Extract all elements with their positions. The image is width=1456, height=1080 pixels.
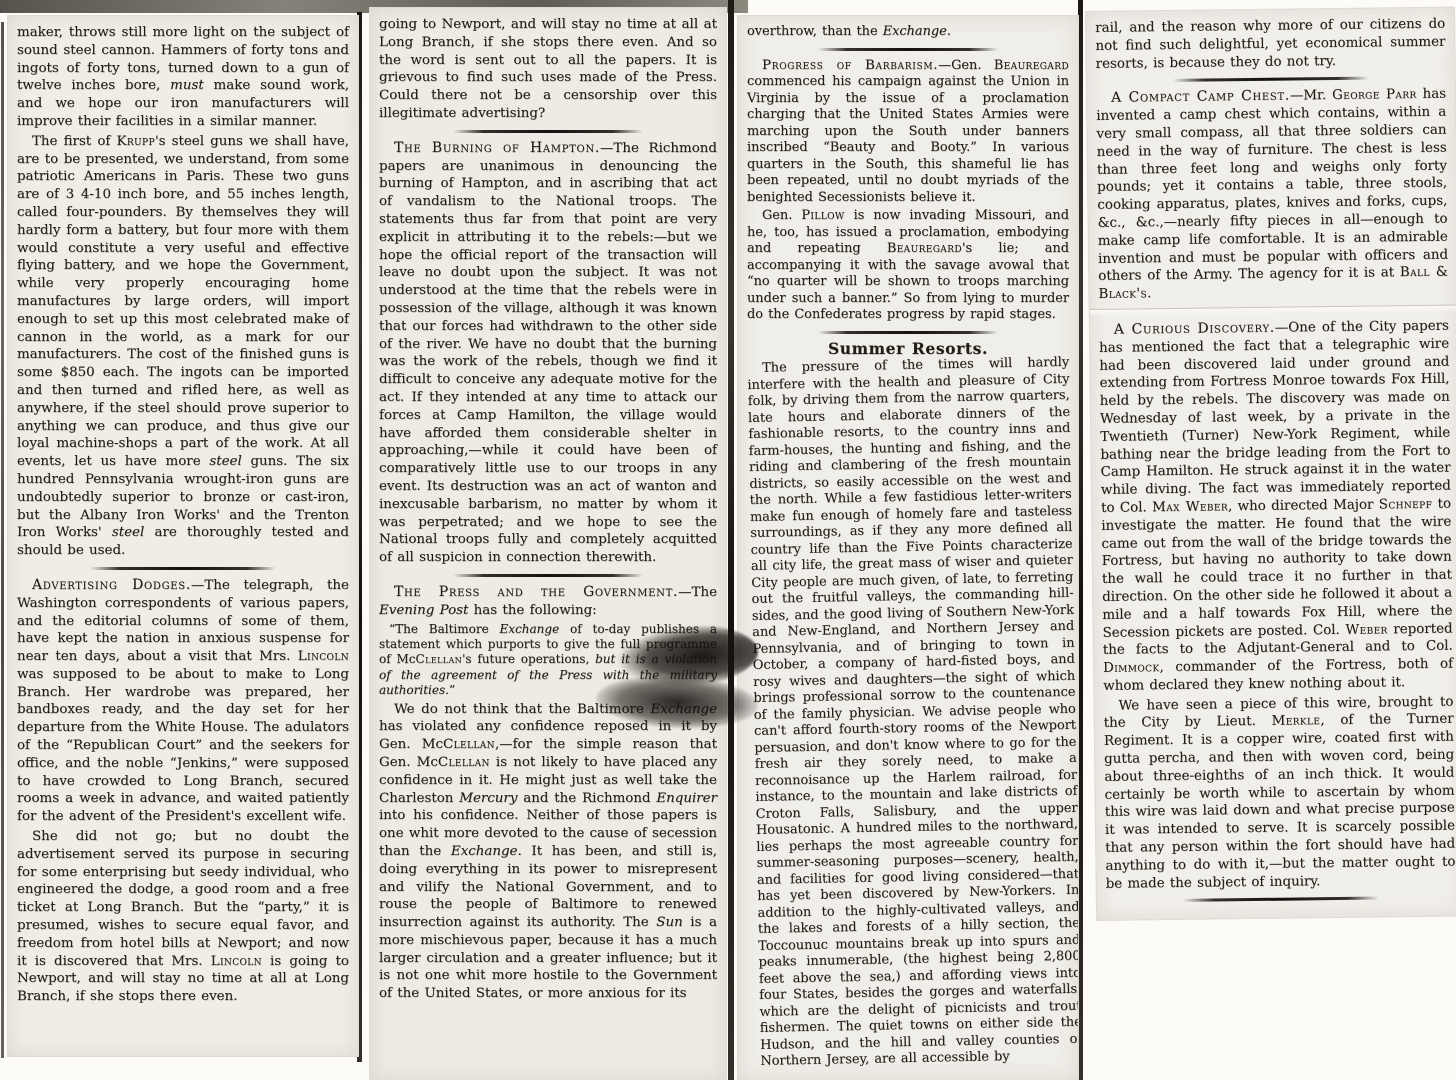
column-4: rail, and the reason why more of our cit…	[1086, 8, 1456, 921]
article-paragraph: A Compact Camp Chest.—Mr. George Parr ha…	[1096, 86, 1449, 304]
newspaper-page: maker, throws still more light on the su…	[0, 0, 1456, 1080]
clipping-seam	[1090, 304, 1456, 316]
article-paragraph: Progress of Barbarism.—Gen. Beauregard c…	[747, 58, 1069, 207]
article-paragraph: overthrow, than the Exchange.	[747, 24, 1069, 41]
article-paragraph: Advertising Dodges.—The telegraph, the W…	[17, 577, 349, 826]
article-divider-rule	[453, 130, 642, 133]
article-paragraph: The Burning of Hampton.—The Richmond pap…	[379, 140, 717, 567]
article-paragraph: maker, throws still more light on the su…	[17, 24, 349, 131]
article-heading: Summer Resorts.	[747, 341, 1069, 358]
column-3: overthrow, than the Exchange.Progress of…	[738, 16, 1078, 1080]
article-paragraph: going to Newport, and will stay no time …	[379, 16, 717, 123]
article-divider-rule	[1183, 897, 1379, 902]
article-paragraph: A Curious Discovery.—One of the City pap…	[1099, 318, 1454, 696]
article-paragraph: rail, and the reason why more of our cit…	[1095, 16, 1446, 74]
article-paragraph: She did not go; but no doubt the adverti…	[17, 828, 349, 1006]
article-paragraph: We do not think that the Baltimore Excha…	[379, 701, 717, 1004]
column-rule-2	[728, 0, 734, 1080]
article-paragraph: The Press and the Government.—The Evenin…	[379, 584, 717, 620]
article-divider-rule	[1173, 77, 1369, 82]
article-divider-rule	[818, 48, 998, 51]
article-paragraph: We have seen a piece of this wire, broug…	[1103, 693, 1455, 893]
column-rule-left-edge	[1, 22, 4, 1058]
column-1: maker, throws still more light on the su…	[8, 16, 358, 1056]
column-rule-3	[1078, 0, 1083, 1080]
article-divider-rule	[818, 331, 998, 334]
article-paragraph: The first of Krupp's steel guns we shall…	[17, 133, 349, 560]
article-divider-rule	[453, 574, 642, 577]
article-divider-rule	[90, 567, 276, 570]
article-paragraph: The pressure of the times will hardly in…	[747, 355, 1078, 1071]
column-2: going to Newport, and will stay no time …	[370, 8, 726, 1080]
article-paragraph: Gen. Pillow is now invading Missouri, an…	[747, 208, 1069, 324]
